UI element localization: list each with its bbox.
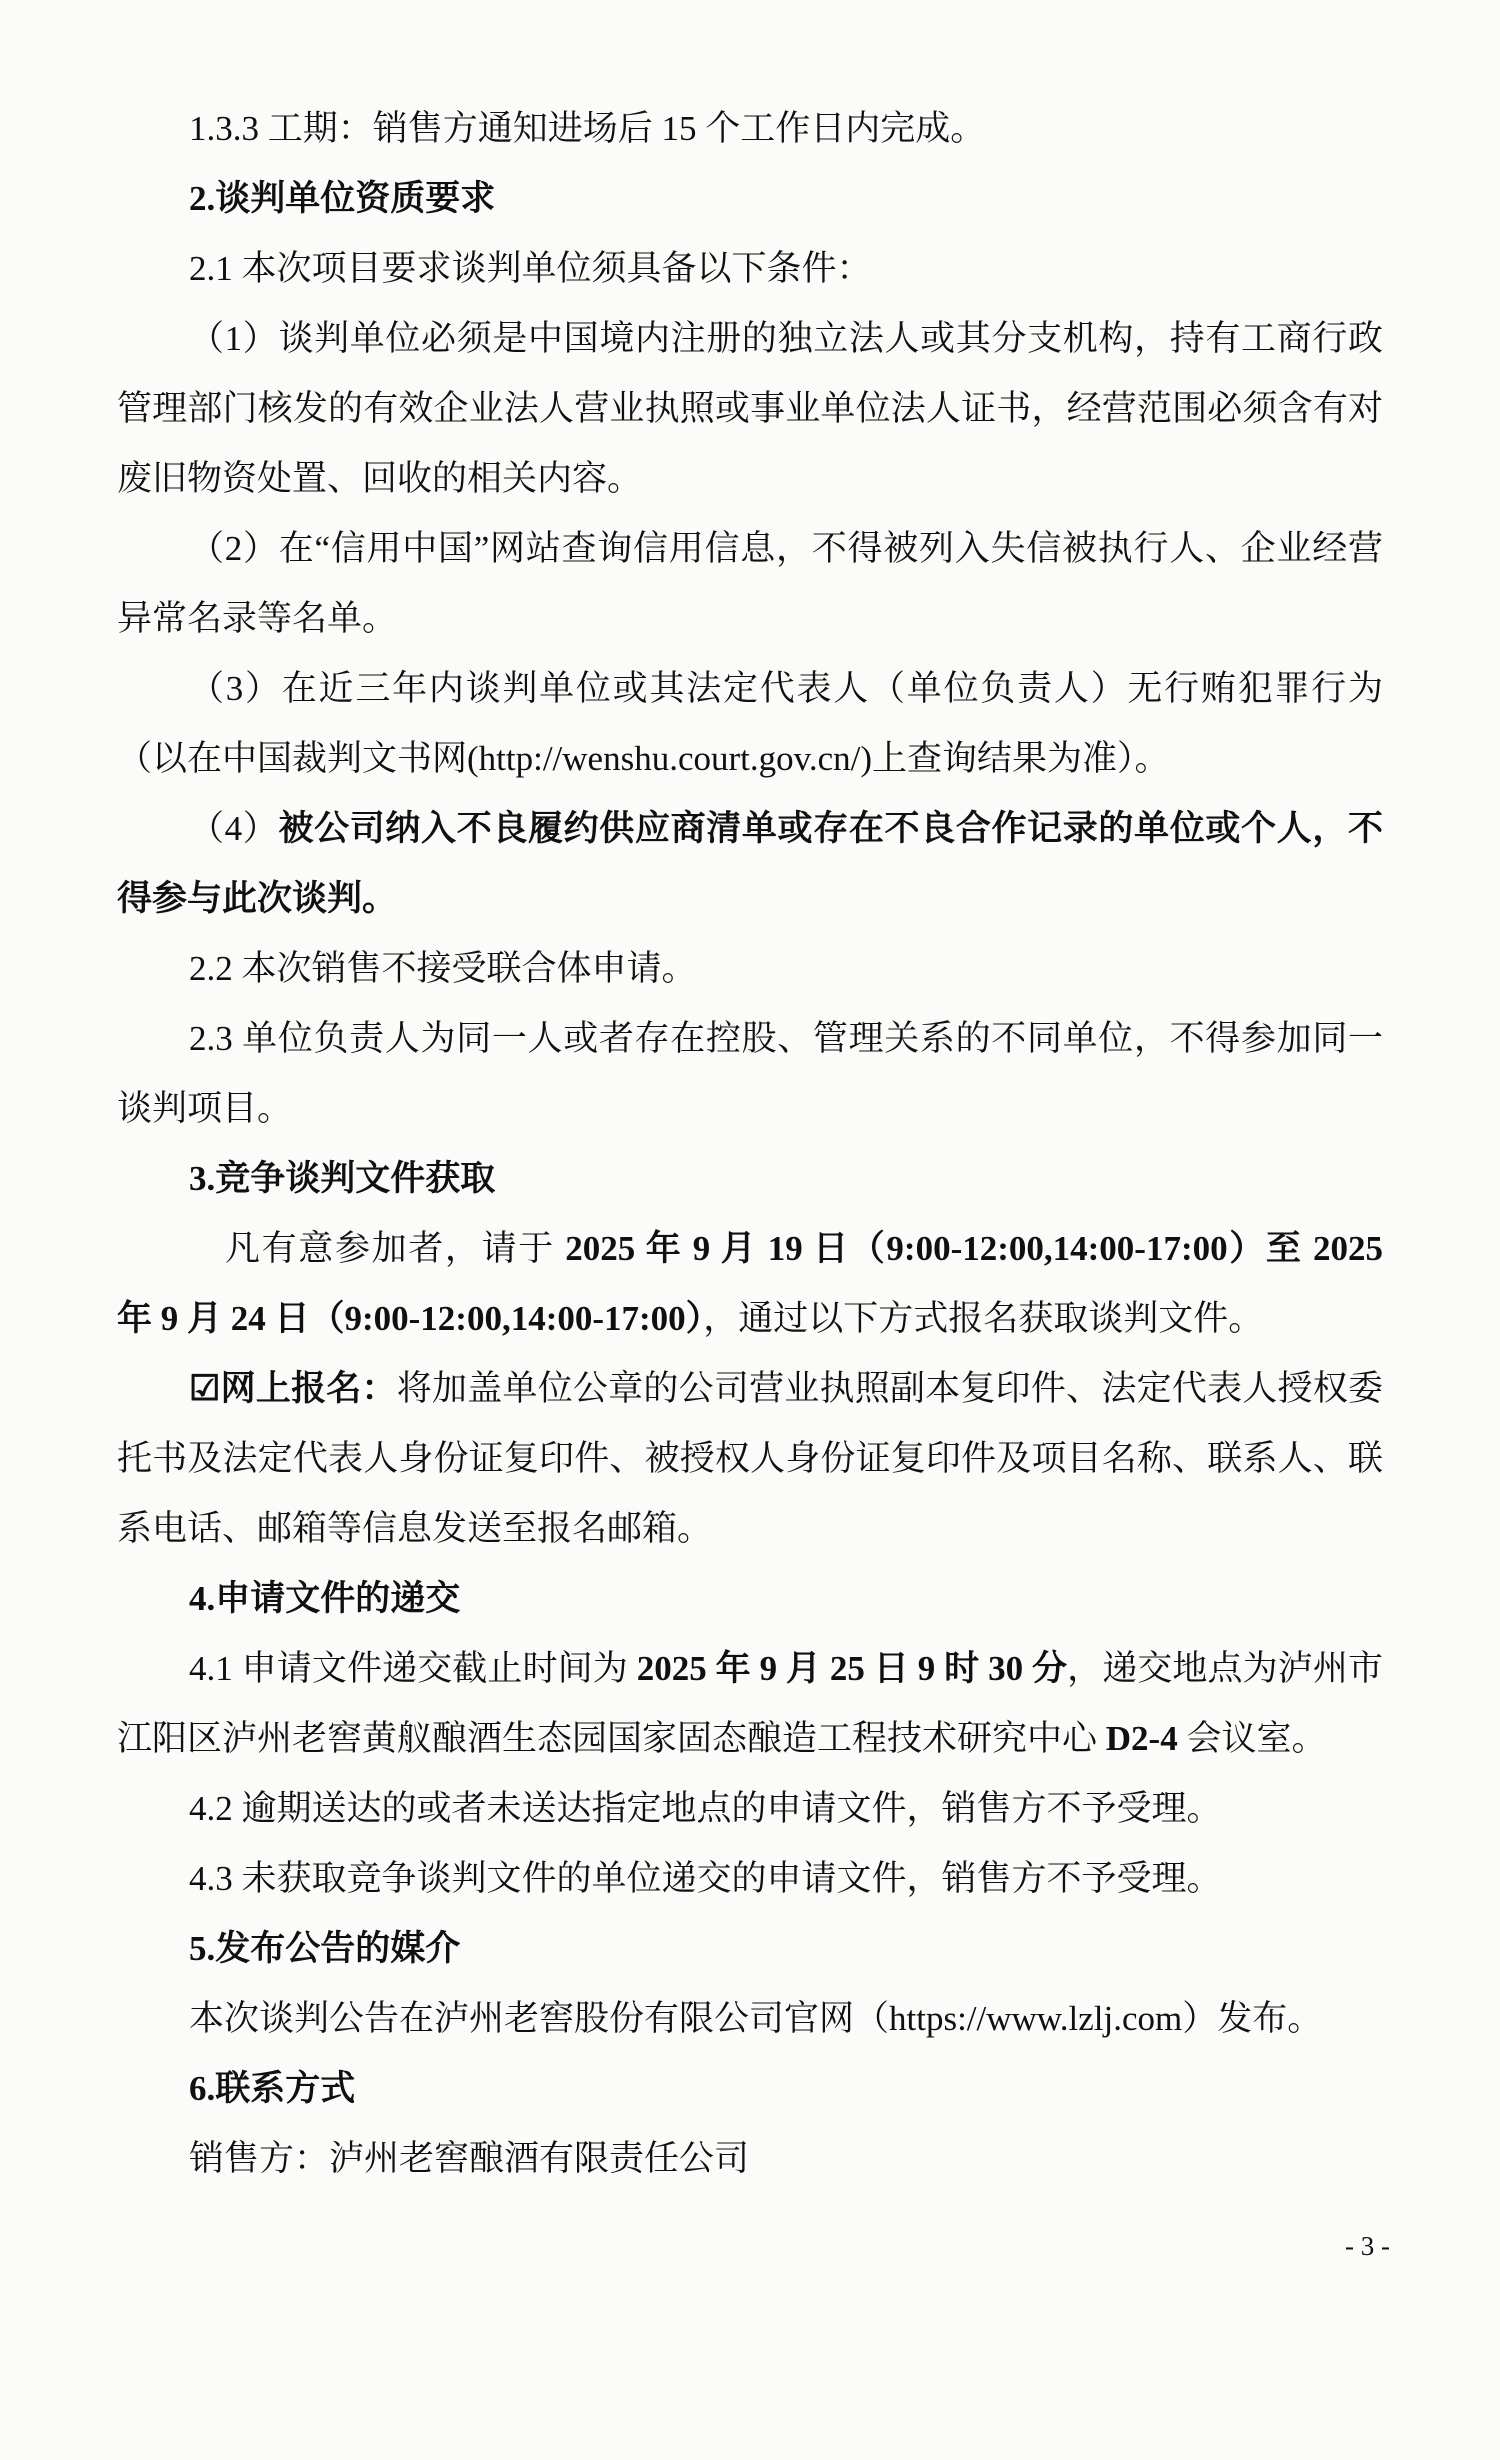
clause-4-1: 4.1 申请文件递交截止时间为 2025 年 9 月 25 日 9 时 30 分…: [117, 1634, 1383, 1774]
document-page: 1.3.3 工期：销售方通知进场后 15 个工作日内完成。2.谈判单位资质要求2…: [0, 0, 1500, 2460]
clause-2-2: 2.2 本次销售不接受联合体申请。: [117, 934, 1383, 1004]
heading-4-application-submission: 4.申请文件的递交: [117, 1564, 1383, 1634]
clause-2-1-item-3-text: （3）在近三年内谈判单位或其法定代表人（单位负责人）无行贿犯罪行为（以在中国裁判…: [117, 669, 1383, 778]
page-number: - 3 -: [1345, 2226, 1390, 2266]
heading-3-document-acquisition: 3.竞争谈判文件获取: [117, 1144, 1383, 1214]
clause-3-registration-period-text: 凡有意参加者，请于: [225, 1229, 565, 1268]
clause-2-1-item-4-text: 被公司纳入不良履约供应商清单或存在不良合作记录的单位或个人，不得参与此次谈判。: [117, 809, 1383, 918]
clause-4-3: 4.3 未获取竞争谈判文件的单位递交的申请文件，销售方不予受理。: [117, 1844, 1383, 1914]
document-body: 1.3.3 工期：销售方通知进场后 15 个工作日内完成。2.谈判单位资质要求2…: [117, 94, 1383, 2194]
clause-1-3-3: 1.3.3 工期：销售方通知进场后 15 个工作日内完成。: [117, 94, 1383, 164]
clause-1-3-3-text: 1.3.3 工期：销售方通知进场后 15 个工作日内完成。: [189, 109, 985, 148]
clause-3-online-registration: ☑网上报名：将加盖单位公章的公司营业执照副本复印件、法定代表人授权委托书及法定代…: [117, 1354, 1383, 1564]
heading-3-document-acquisition-text: 3.竞争谈判文件获取: [189, 1159, 495, 1198]
clause-4-2: 4.2 逾期送达的或者未送达指定地点的申请文件，销售方不予受理。: [117, 1774, 1383, 1844]
checked-checkbox-icon: ☑: [189, 1369, 220, 1408]
clause-6-seller-text: 销售方：泸州老窖酿酒有限责任公司: [189, 2139, 749, 2178]
clause-2-1-item-2: （2）在“信用中国”网站查询信用信息，不得被列入失信被执行人、企业经营异常名录等…: [117, 514, 1383, 654]
clause-2-1: 2.1 本次项目要求谈判单位须具备以下条件：: [117, 234, 1383, 304]
heading-4-application-submission-text: 4.申请文件的递交: [189, 1579, 460, 1618]
clause-2-1-item-3: （3）在近三年内谈判单位或其法定代表人（单位负责人）无行贿犯罪行为（以在中国裁判…: [117, 654, 1383, 794]
clause-2-1-item-4-text: （4）: [189, 809, 278, 848]
clause-3-registration-period-text: ，通过以下方式报名获取谈判文件。: [703, 1299, 1263, 1338]
clause-2-1-item-2-text: （2）在“信用中国”网站查询信用信息，不得被列入失信被执行人、企业经营异常名录等…: [117, 529, 1383, 638]
clause-4-1-text: 会议室。: [1178, 1719, 1327, 1758]
heading-6-contact-text: 6.联系方式: [189, 2069, 355, 2108]
clause-5-announcement-text: 本次谈判公告在泸州老窖股份有限公司官网（https://www.lzlj.com…: [189, 1999, 1322, 2038]
clause-5-announcement: 本次谈判公告在泸州老窖股份有限公司官网（https://www.lzlj.com…: [117, 1984, 1383, 2054]
heading-5-announcement-media-text: 5.发布公告的媒介: [189, 1929, 460, 1968]
clause-6-seller: 销售方：泸州老窖酿酒有限责任公司: [117, 2124, 1383, 2194]
clause-3-online-registration-text: 网上报名：: [220, 1369, 396, 1408]
clause-4-1-text: D2-4: [1106, 1719, 1178, 1758]
clause-2-1-text: 2.1 本次项目要求谈判单位须具备以下条件：: [189, 249, 872, 288]
clause-2-3-text: 2.3 单位负责人为同一人或者存在控股、管理关系的不同单位，不得参加同一谈判项目…: [117, 1019, 1383, 1128]
clause-4-2-text: 4.2 逾期送达的或者未送达指定地点的申请文件，销售方不予受理。: [189, 1789, 1222, 1828]
clause-2-1-item-1-text: （1）谈判单位必须是中国境内注册的独立法人或其分支机构，持有工商行政管理部门核发…: [117, 319, 1383, 498]
heading-5-announcement-media: 5.发布公告的媒介: [117, 1914, 1383, 1984]
clause-2-3: 2.3 单位负责人为同一人或者存在控股、管理关系的不同单位，不得参加同一谈判项目…: [117, 1004, 1383, 1144]
clause-4-3-text: 4.3 未获取竞争谈判文件的单位递交的申请文件，销售方不予受理。: [189, 1859, 1222, 1898]
heading-2-qualification-requirements: 2.谈判单位资质要求: [117, 164, 1383, 234]
clause-4-1-text: 2025 年 9 月 25 日 9 时 30 分: [637, 1649, 1067, 1688]
clause-3-registration-period: 凡有意参加者，请于 2025 年 9 月 19 日（9:00-12:00,14:…: [117, 1214, 1383, 1354]
clause-2-1-item-4: （4）被公司纳入不良履约供应商清单或存在不良合作记录的单位或个人，不得参与此次谈…: [117, 794, 1383, 934]
clause-2-2-text: 2.2 本次销售不接受联合体申请。: [189, 949, 697, 988]
clause-4-1-text: 4.1 申请文件递交截止时间为: [189, 1649, 637, 1688]
clause-2-1-item-1: （1）谈判单位必须是中国境内注册的独立法人或其分支机构，持有工商行政管理部门核发…: [117, 304, 1383, 514]
heading-6-contact: 6.联系方式: [117, 2054, 1383, 2124]
heading-2-qualification-requirements-text: 2.谈判单位资质要求: [189, 179, 495, 218]
